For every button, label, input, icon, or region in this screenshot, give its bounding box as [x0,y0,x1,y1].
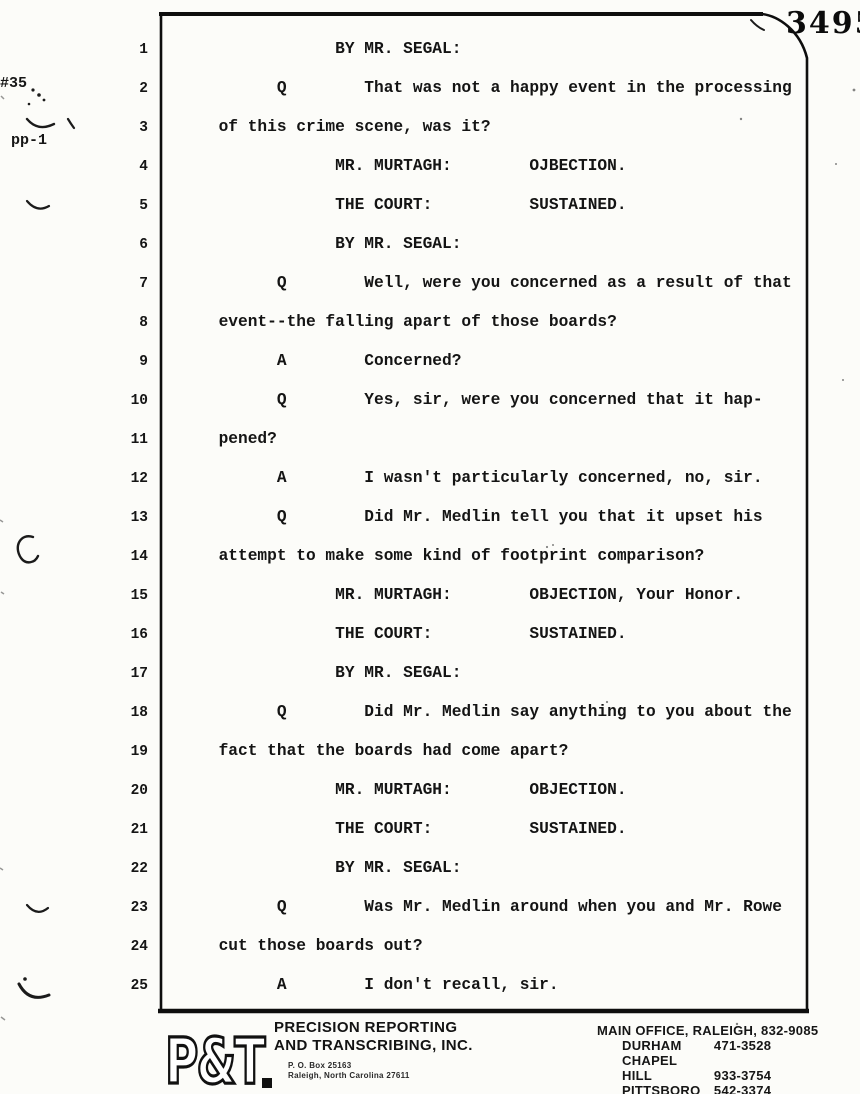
transcript-line: 21 THE COURT: SUSTAINED. [0,820,860,840]
line-number: 6 [98,235,148,254]
line-text: Q Did Mr. Medlin say anything to you abo… [170,703,792,721]
line-number: 15 [98,586,148,605]
transcript-line: 19 fact that the boards had come apart? [0,742,860,762]
address-line1: P. O. Box 25163 [288,1061,410,1071]
line-number: 17 [98,664,148,683]
line-text: Q Well, were you concerned as a result o… [170,274,792,292]
transcript-line: 6 BY MR. SEGAL: [0,235,860,255]
line-text: pened? [170,430,277,448]
line-text: MR. MURTAGH: OJBECTION. [170,157,627,175]
line-text: THE COURT: SUSTAINED. [170,820,627,838]
company-address: P. O. Box 25163 Raleigh, North Carolina … [288,1061,410,1080]
line-text: A I don't recall, sir. [170,976,559,994]
transcript-line: 4 MR. MURTAGH: OJBECTION. [0,157,860,177]
transcript-line: 10 Q Yes, sir, were you concerned that i… [0,391,860,411]
line-number: 19 [98,742,148,761]
transcript-line: 5 THE COURT: SUSTAINED. [0,196,860,216]
transcript-line: 8 event--the falling apart of those boar… [0,313,860,333]
office-phone-list: MAIN OFFICE, RALEIGH, 832-9085 DURHAM 47… [597,1023,818,1094]
line-number: 3 [98,118,148,137]
line-text: attempt to make some kind of footprint c… [170,547,704,565]
line-number: 12 [98,469,148,488]
line-text: BY MR. SEGAL: [170,859,461,877]
line-number: 24 [98,937,148,956]
transcript-line: 25 A I don't recall, sir. [0,976,860,996]
transcript-body: 1 BY MR. SEGAL: 2 Q That was not a happy… [0,0,860,1014]
line-number: 22 [98,859,148,878]
line-number: 8 [98,313,148,332]
transcript-line: 9 A Concerned? [0,352,860,372]
company-name-line2: AND TRANSCRIBING, INC. [274,1037,473,1055]
office-phone: 471-3528 [714,1038,771,1053]
line-text: fact that the boards had come apart? [170,742,568,760]
line-text: Q Did Mr. Medlin tell you that it upset … [170,508,763,526]
transcript-line: 1 BY MR. SEGAL: [0,40,860,60]
office-phone: 542-3374 [714,1083,771,1094]
line-text: BY MR. SEGAL: [170,40,461,58]
line-number: 16 [98,625,148,644]
transcript-line: 18 Q Did Mr. Medlin say anything to you … [0,703,860,723]
line-number: 18 [98,703,148,722]
transcript-line: 22 BY MR. SEGAL: [0,859,860,879]
line-number: 1 [98,40,148,59]
line-number: 21 [98,820,148,839]
line-number: 4 [98,157,148,176]
line-number: 2 [98,79,148,98]
line-text: MR. MURTAGH: OBJECTION, Your Honor. [170,586,743,604]
line-text: A I wasn't particularly concerned, no, s… [170,469,763,487]
document-page: #35 pp-1 3495 1 BY MR. SEGAL: 2 Q That w… [0,0,860,1094]
transcript-line: 20 MR. MURTAGH: OBJECTION. [0,781,860,801]
office-city: DURHAM [622,1038,710,1053]
line-number: 25 [98,976,148,995]
main-office-line: MAIN OFFICE, RALEIGH, 832-9085 [597,1023,818,1038]
transcript-line: 13 Q Did Mr. Medlin tell you that it ups… [0,508,860,528]
office-city: PITTSBORO [622,1083,710,1094]
pt-logo: P&T [163,1015,279,1093]
line-text: event--the falling apart of those boards… [170,313,617,331]
line-text: Q Was Mr. Medlin around when you and Mr.… [170,898,782,916]
office-row: PITTSBORO 542-3374 [597,1083,818,1094]
line-text: BY MR. SEGAL: [170,235,461,253]
transcript-line: 2 Q That was not a happy event in the pr… [0,79,860,99]
office-phone: 933-3754 [714,1068,771,1083]
office-city: CHAPEL HILL [622,1053,710,1083]
office-row: CHAPEL HILL 933-3754 [597,1053,818,1083]
transcript-line: 17 BY MR. SEGAL: [0,664,860,684]
line-number: 9 [98,352,148,371]
line-text: BY MR. SEGAL: [170,664,461,682]
line-text: THE COURT: SUSTAINED. [170,196,627,214]
line-text: MR. MURTAGH: OBJECTION. [170,781,627,799]
transcript-line: 7 Q Well, were you concerned as a result… [0,274,860,294]
transcript-line: 12 A I wasn't particularly concerned, no… [0,469,860,489]
line-number: 23 [98,898,148,917]
svg-text:P&T: P&T [165,1026,266,1093]
line-number: 11 [98,430,148,449]
line-text: THE COURT: SUSTAINED. [170,625,627,643]
transcript-line: 3 of this crime scene, was it? [0,118,860,138]
office-row: DURHAM 471-3528 [597,1038,818,1053]
address-line2: Raleigh, North Carolina 27611 [288,1071,410,1081]
transcript-line: 24 cut those boards out? [0,937,860,957]
line-text: Q That was not a happy event in the proc… [170,79,792,97]
transcript-line: 11 pened? [0,430,860,450]
transcript-line: 14 attempt to make some kind of footprin… [0,547,860,567]
logo-period [262,1078,272,1088]
line-text: Q Yes, sir, were you concerned that it h… [170,391,763,409]
transcript-line: 15 MR. MURTAGH: OBJECTION, Your Honor. [0,586,860,606]
line-text: of this crime scene, was it? [170,118,491,136]
line-text: cut those boards out? [170,937,423,955]
transcript-line: 23 Q Was Mr. Medlin around when you and … [0,898,860,918]
line-text: A Concerned? [170,352,461,370]
transcript-line: 16 THE COURT: SUSTAINED. [0,625,860,645]
company-name-line1: PRECISION REPORTING [274,1019,473,1037]
line-number: 5 [98,196,148,215]
line-number: 7 [98,274,148,293]
line-number: 20 [98,781,148,800]
line-number: 14 [98,547,148,566]
company-name: PRECISION REPORTING AND TRANSCRIBING, IN… [274,1019,473,1054]
line-number: 10 [98,391,148,410]
line-number: 13 [98,508,148,527]
